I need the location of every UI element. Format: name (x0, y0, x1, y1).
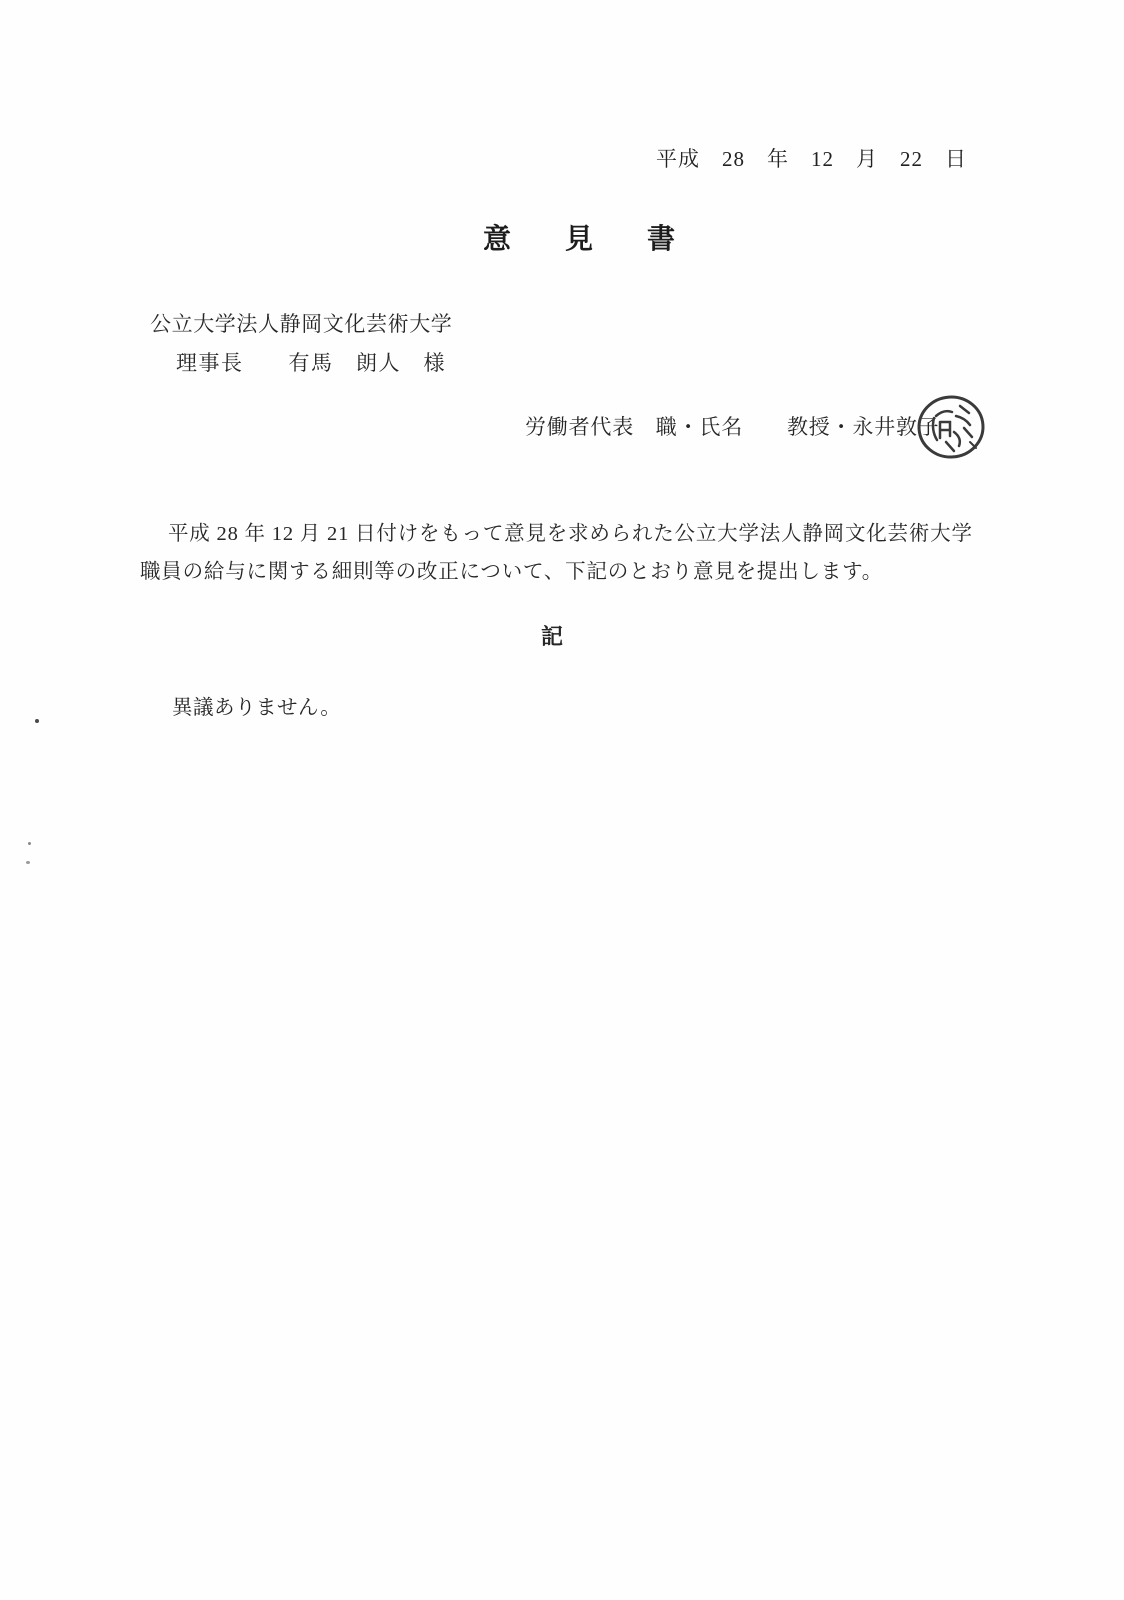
recipient-addressee: 理事長 有馬 朗人 様 (176, 347, 446, 377)
scanned-document-page: 平成 28 年 12 月 22 日 意 見 書 公立大学法人静岡文化芸術大学 理… (0, 0, 1124, 1600)
body-line-1: 平成 28 年 12 月 21 日付けをもって意見を求められた公立大学法人静岡文… (168, 516, 973, 546)
sender-line: 労働者代表 職・氏名教授・永井敦子 (525, 411, 940, 441)
opinion-text: 異議ありません。 (172, 690, 341, 720)
sender-label: 労働者代表 職・氏名 (525, 415, 743, 439)
scan-artifact-dot (35, 719, 39, 723)
scan-artifact-dot (26, 861, 30, 864)
scan-artifact-dot (28, 842, 31, 845)
body-line-2: 職員の給与に関する細則等の改正について、下記のとおり意見を提出します。 (140, 554, 883, 584)
record-marker: 記 (541, 620, 563, 651)
recipient-organization: 公立大学法人静岡文化芸術大学 (150, 308, 452, 338)
date-line: 平成 28 年 12 月 22 日 (656, 143, 967, 173)
document-title: 意 見 書 (483, 217, 688, 257)
hanko-stamp-icon (912, 392, 990, 462)
